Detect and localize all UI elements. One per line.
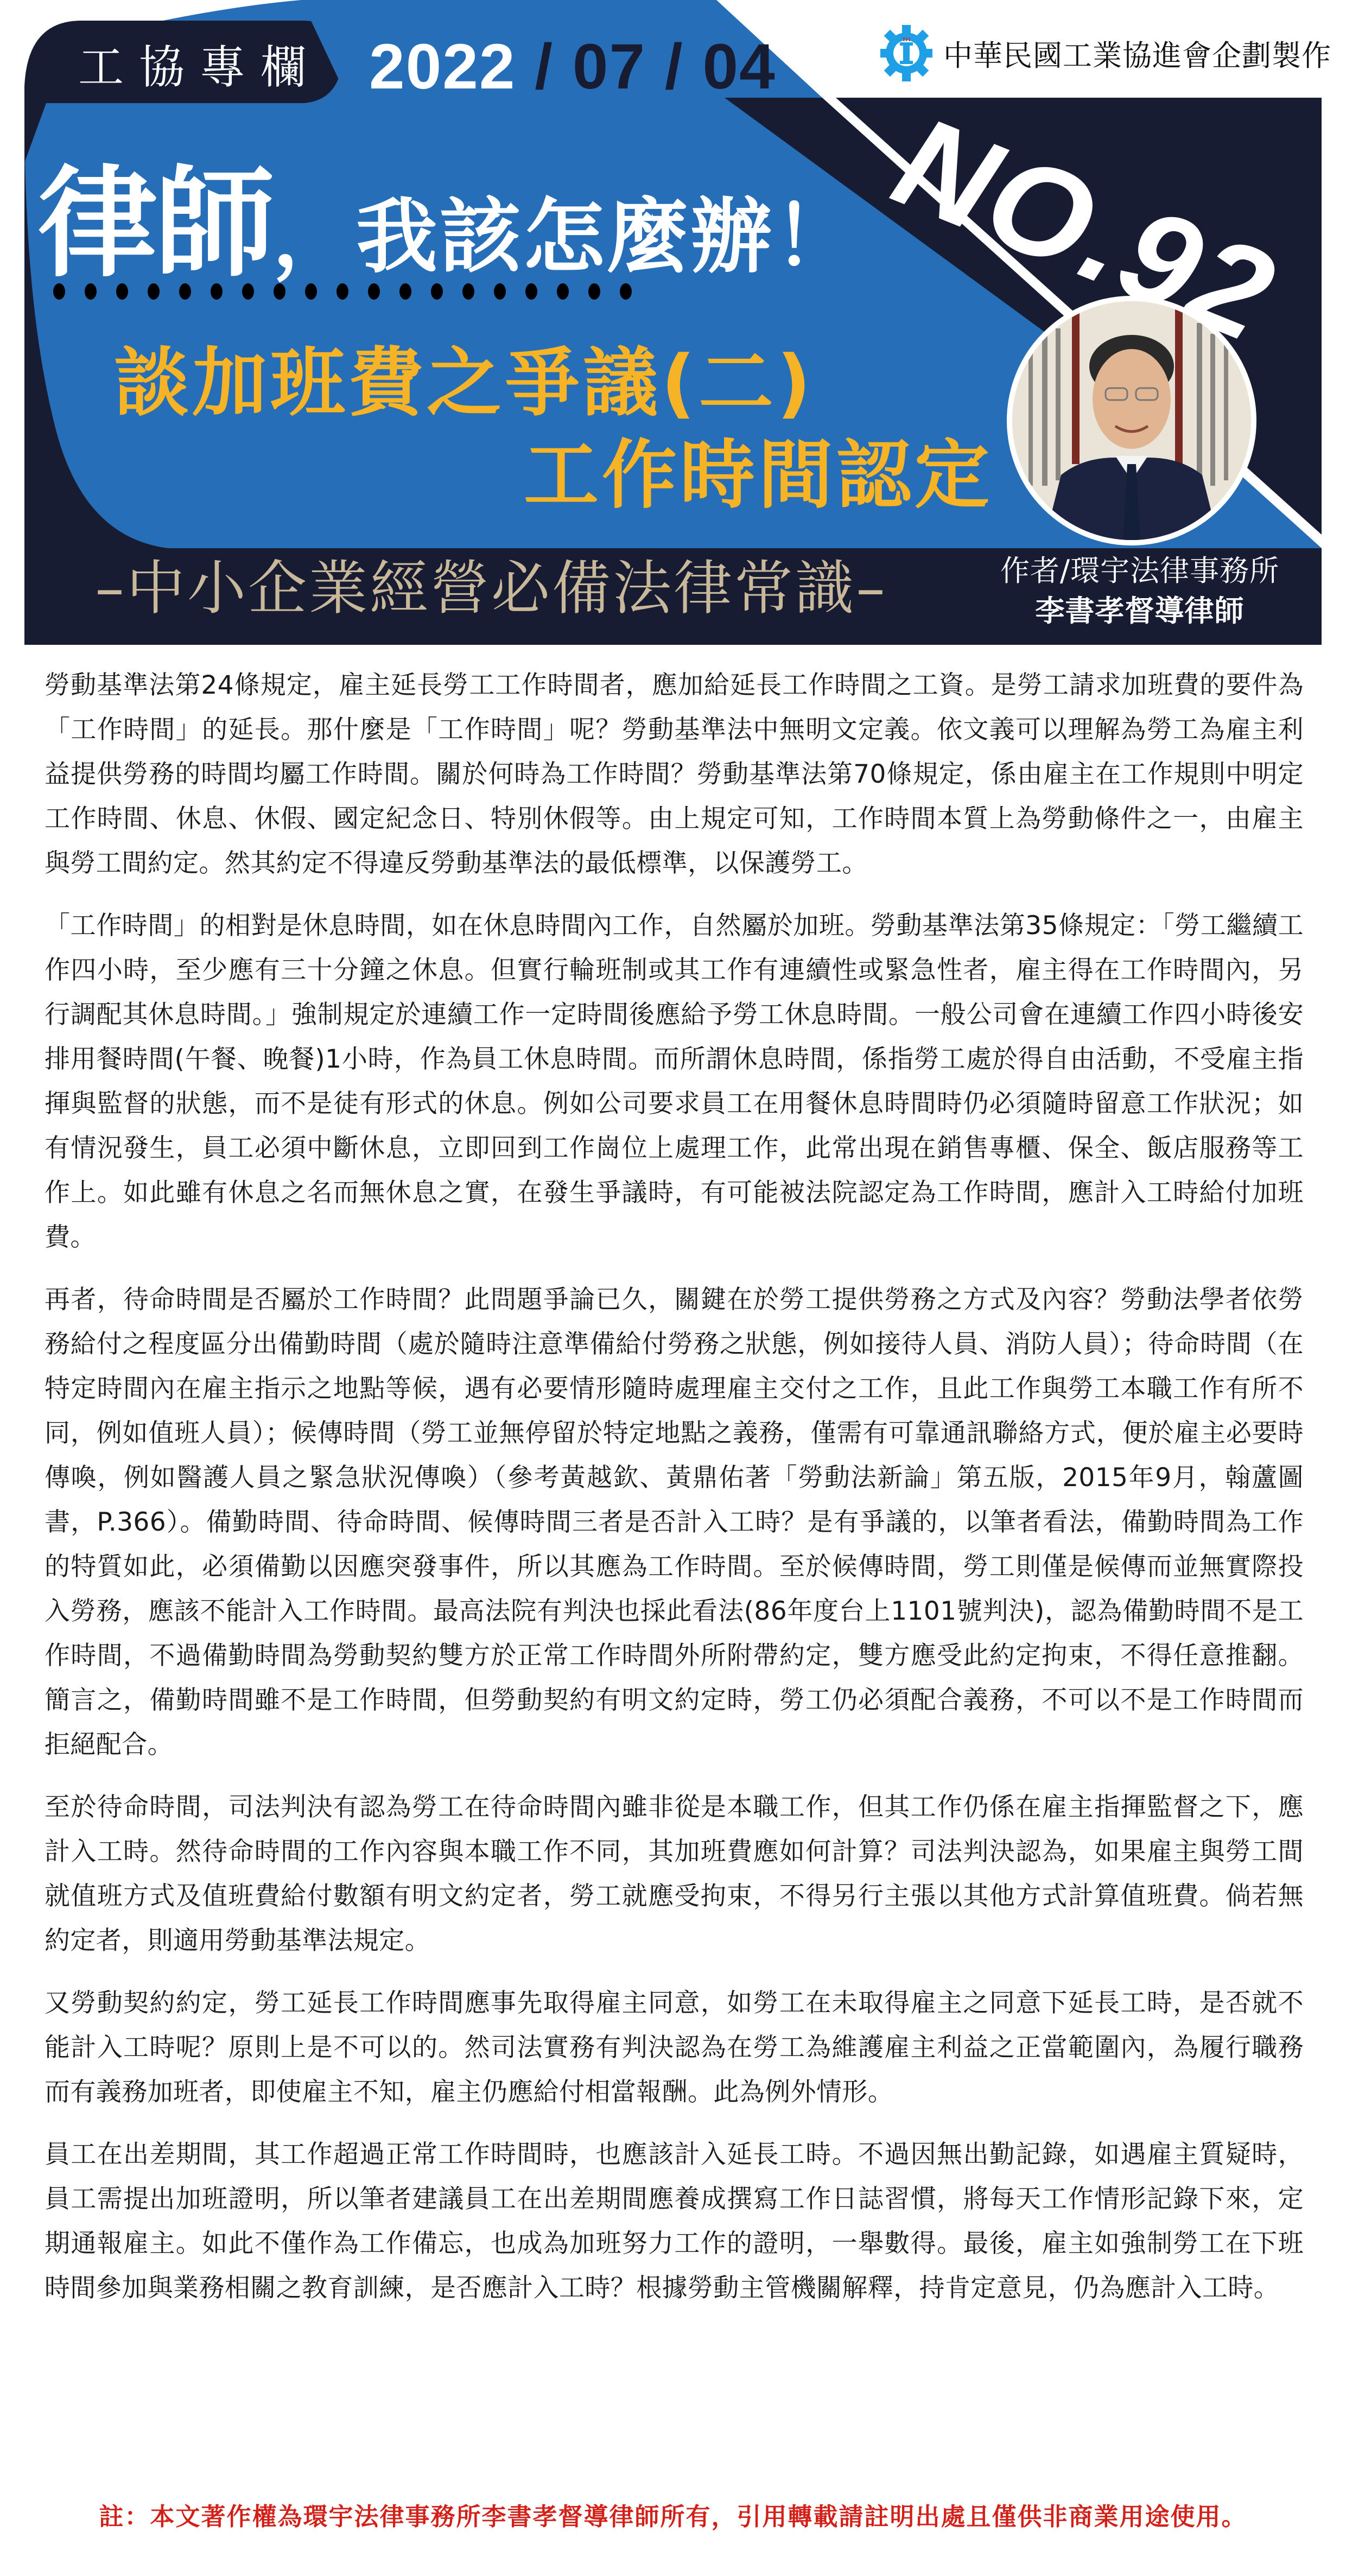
column-header-banner: 工協專欄 2022 / 07 / 04 TFI 中華民國工業協進會企劃製作 律 xyxy=(0,0,1346,651)
column-title: 律師，我該怎麼辦！ xyxy=(38,128,858,299)
author-credit: 作者/環宇法律事務所 李書孝督導律師 xyxy=(993,551,1286,631)
organization-credit: TFI 中華民國工業協進會企劃製作 xyxy=(879,21,1331,86)
series-tagline: –中小企業經營必備法律常識– xyxy=(95,543,887,635)
column-label: 工協專欄 xyxy=(64,35,335,100)
date-month: 07 xyxy=(573,31,646,103)
article-paragraph: 又勞動契約約定，勞工延長工作時間應事先取得雇主同意，如勞工在未取得雇主之同意下延… xyxy=(45,1981,1304,2115)
publish-date: 2022 / 07 / 04 xyxy=(369,26,776,107)
article-paragraph: 至於待命時間，司法判決有認為勞工在待命時間內雖非從是本職工作，但其工作仍係在雇主… xyxy=(45,1785,1304,1963)
article-paragraph: 「工作時間」的相對是休息時間，如在休息時間內工作，自然屬於加班。勞動基準法第35… xyxy=(45,904,1304,1260)
date-day: 04 xyxy=(703,31,776,103)
copyright-note: 註：本文著作權為環宇法律事務所李書孝督導律師所有，引用轉載請註明出處且僅供非商業… xyxy=(0,2497,1346,2532)
article-body: 勞動基準法第24條規定，雇主延長勞工工作時間者，應加給延長工作時間之工資。是勞工… xyxy=(45,663,1304,2328)
svg-text:TFI: TFI xyxy=(902,37,911,42)
dotted-divider xyxy=(53,283,651,300)
organization-name: 中華民國工業協進會企劃製作 xyxy=(943,33,1331,74)
article-paragraph: 勞動基準法第24條規定，雇主延長勞工工作時間者，應加給延長工作時間之工資。是勞工… xyxy=(45,663,1304,886)
author-name: 李書孝督導律師 xyxy=(993,591,1286,631)
author-affiliation: 作者/環宇法律事務所 xyxy=(993,551,1286,591)
article-paragraph: 再者，待命時間是否屬於工作時間？此問題爭論已久，關鍵在於勞工提供勞務之方式及內容… xyxy=(45,1278,1304,1767)
column-title-rest: ，我該怎麼辦！ xyxy=(272,190,858,284)
tfi-gear-logo-icon: TFI xyxy=(879,23,934,84)
date-separator: / xyxy=(516,31,573,103)
date-year: 2022 xyxy=(369,31,516,103)
column-title-big: 律師 xyxy=(38,154,272,293)
article-paragraph: 員工在出差期間，其工作超過正常工作時間時，也應該計入延長工時。不過因無出勤記錄，… xyxy=(45,2133,1304,2311)
author-portrait xyxy=(1007,296,1256,545)
date-separator: / xyxy=(646,31,702,103)
article-title-line2: 工作時間認定 xyxy=(524,415,993,523)
article-title-line1: 談加班費之爭議(二) xyxy=(114,323,814,430)
author-photo-illustration xyxy=(1012,301,1251,540)
